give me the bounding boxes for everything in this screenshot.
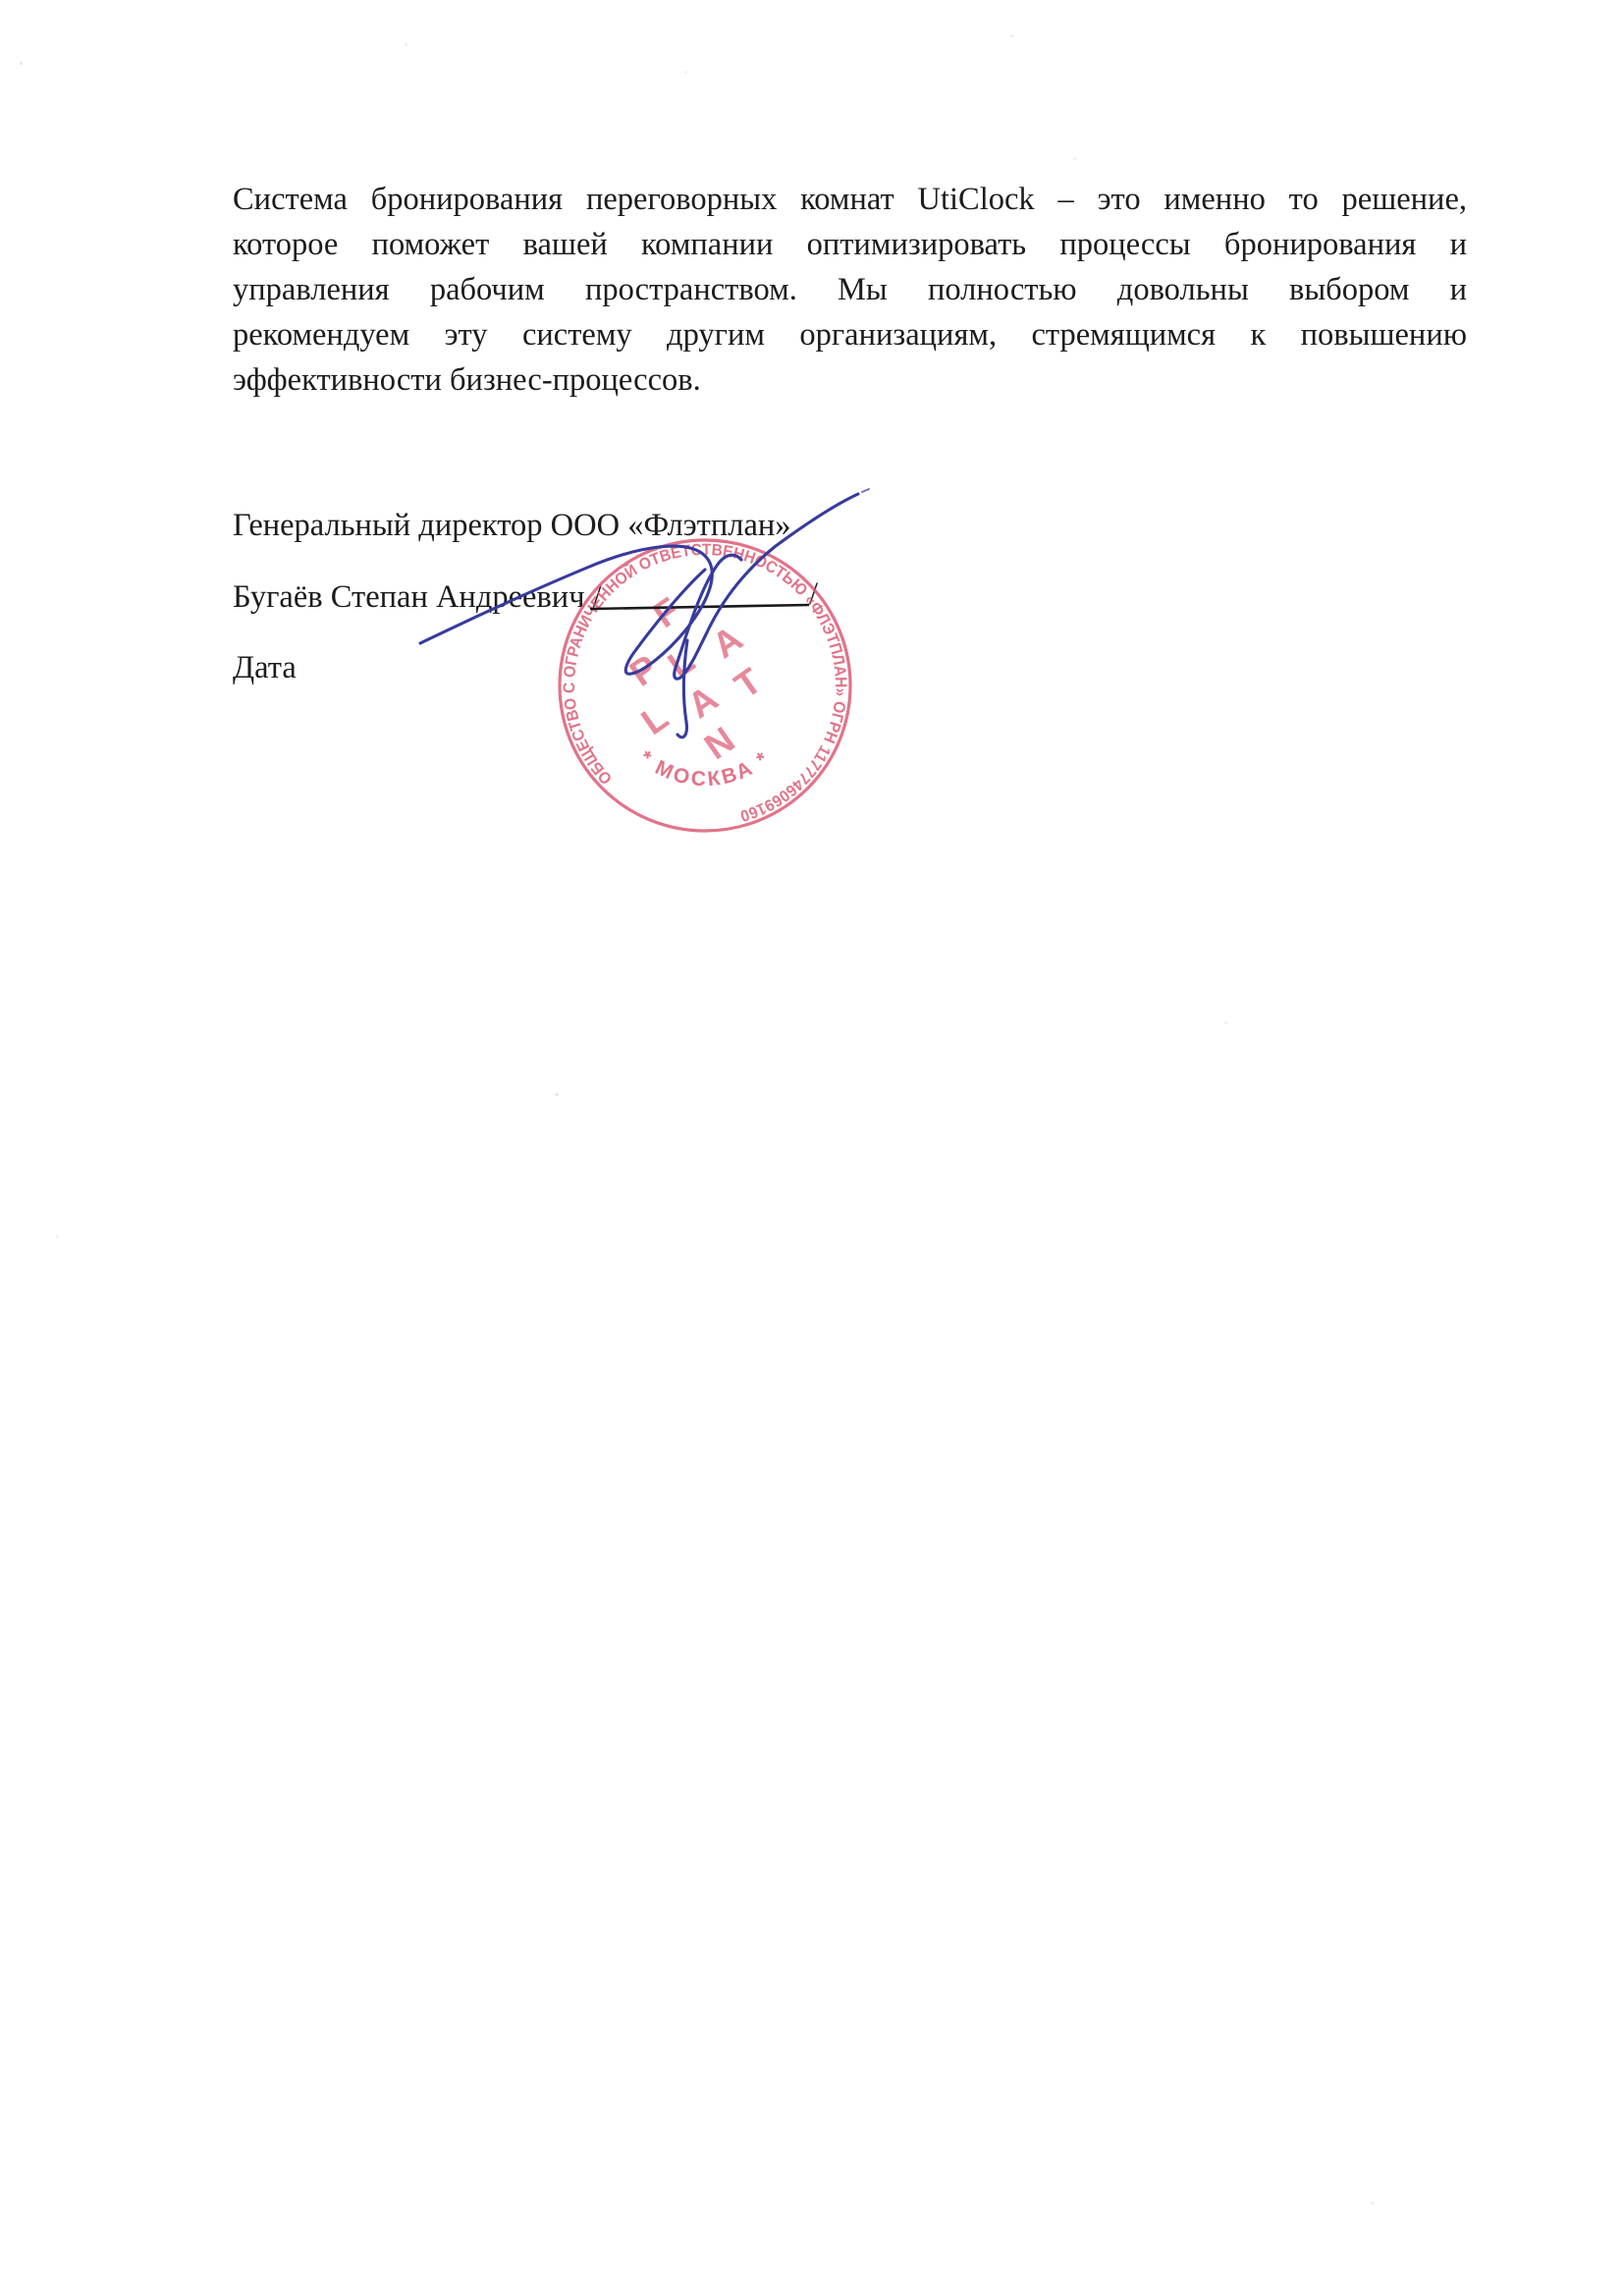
paragraph-line: которое поможет вашей компании оптимизир… xyxy=(233,222,1467,267)
scan-speck xyxy=(1073,157,1076,160)
stamp-logo-letter: T xyxy=(728,660,769,706)
paragraph-line: управления рабочим пространством. Мы пол… xyxy=(233,267,1467,312)
scan-speck xyxy=(1224,1021,1227,1024)
stamp-logo-letter: P xyxy=(623,647,666,694)
scan-speck xyxy=(1371,2202,1375,2205)
signatory-name: Бугаёв Степан Андреевич / xyxy=(233,578,602,616)
paragraph-line: эффективности бизнес-процессов. xyxy=(233,357,1467,403)
paragraph-line: Система бронирования переговорных комнат… xyxy=(233,177,1467,222)
stamp-logo-letter: F xyxy=(646,589,687,635)
stamp-city-text: * МОСКВА * xyxy=(635,746,776,791)
stamp-logo-letter: L xyxy=(634,696,676,742)
company-stamp: ОБЩЕСТВО С ОГРАНИЧЕННОЙ ОТВЕТСТВЕННОСТЬЮ… xyxy=(548,528,862,843)
scan-speck xyxy=(405,43,407,46)
scan-speck xyxy=(20,62,23,65)
scan-speck xyxy=(56,1235,59,1238)
date-label: Дата xyxy=(233,649,297,686)
stamp-logo-letter: A xyxy=(705,618,749,666)
scan-speck xyxy=(684,71,687,74)
letter-paragraph: Система бронирования переговорных комнат… xyxy=(233,177,1467,403)
paragraph-line: рекомендуем эту систему другим организац… xyxy=(233,312,1467,357)
scan-speck xyxy=(555,1093,559,1096)
scan-speck xyxy=(1010,34,1013,37)
stamp-logo-letter: N xyxy=(697,719,741,767)
scanned-letter-page: { "paragraph": { "lines": [ "Система бро… xyxy=(0,0,1624,2296)
stamp-logo-letter: L xyxy=(661,639,702,685)
